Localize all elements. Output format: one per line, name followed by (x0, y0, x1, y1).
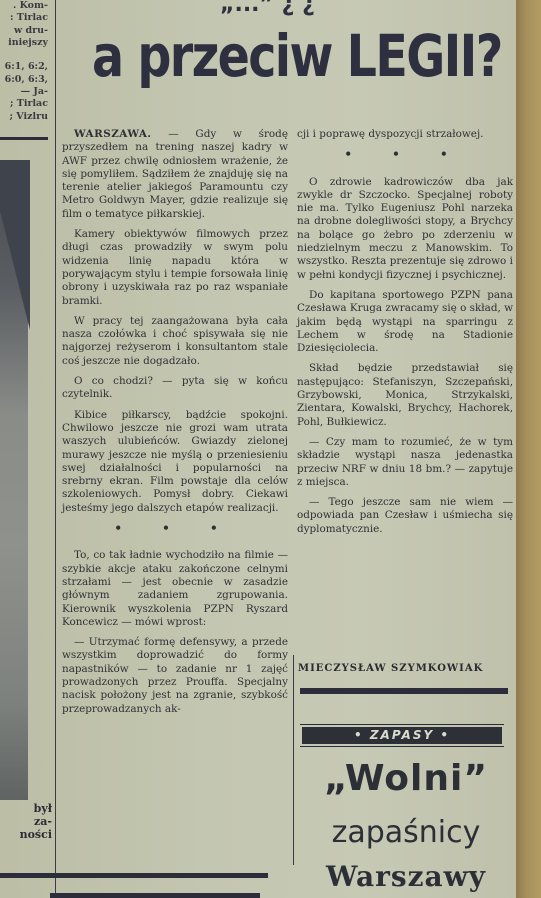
article-paragraph: — Utrzymać formę defensywy, a przede wsz… (62, 636, 288, 716)
bottom-rule-2 (50, 893, 260, 898)
banner-rule-bottom (300, 746, 504, 747)
paragraph-text: — Tego jeszcze sam nie wiem — odpowiada … (297, 496, 513, 535)
newspaper-page: . Kom-: Tirlacw dru-iniejszy 6:1, 6:2,6:… (0, 0, 516, 898)
paragraph-text: — Czy mam to rozumieć, że w tym składzie… (297, 436, 513, 488)
headline: a przeciw LEGII? (92, 24, 436, 88)
section-banner-zapasy: • ZAPASY • (302, 727, 502, 744)
dateline: WARSZAWA. (74, 128, 152, 140)
article-paragraph: Kibice piłkarscy, bądźcie spokojni. Chwi… (62, 409, 288, 515)
column-rule-middle (293, 655, 294, 865)
paragraph-text: — Gdy w środę przyszedłem na trening nas… (62, 128, 288, 220)
banner-rule-top (300, 724, 504, 725)
left-fragment-line: iniejszy (0, 37, 48, 49)
left-fragment-line: . Kom- (0, 0, 48, 12)
left-fragment-line: 6:0, 6:3, (0, 74, 48, 86)
paragraph-text: — Utrzymać formę defensywy, a przede wsz… (62, 636, 288, 714)
article-paragraph: cji i poprawę dyspozycji strzałowej. (297, 128, 513, 141)
article-paragraph: WARSZAWA. — Gdy w środę przyszedłem na t… (62, 128, 288, 221)
paragraph-text: cji i poprawę dyspozycji strzałowej. (297, 128, 483, 140)
left-divider-rule (0, 137, 48, 140)
article-paragraph: To, co tak ładnie wychodziło na filmie —… (62, 549, 288, 629)
article-paragraph: Kamery obiektywów filmowych przez długi … (62, 228, 288, 308)
article-paragraph: W pracy tej zaangażowana była cała nasza… (62, 315, 288, 368)
paragraph-text: Do kapitana sportowego PZPN pana Czesław… (297, 289, 513, 354)
left-fragment-line: ; Tirlac (0, 98, 48, 110)
left-fragment-line: 6:1, 6:2, (0, 61, 48, 73)
paragraph-text: O zdrowie kadrowiczów dba jak zwykle dr … (297, 176, 513, 281)
article-paragraph: Skład będzie przedstawiał się następując… (297, 362, 513, 428)
article-paragraph: — Czy mam to rozumieć, że w tym składzie… (297, 436, 513, 489)
article-paragraph: — Tego jeszcze sam nie wiem — odpowiada … (297, 496, 513, 536)
article-paragraph: Do kapitana sportowego PZPN pana Czesław… (297, 289, 513, 355)
caption-line: był (0, 802, 52, 815)
headline-top-fragment: „...” ¿ ¿ (220, 0, 315, 17)
article-column-2: cji i poprawę dyspozycji strzałowej.• • … (297, 128, 513, 543)
signature-rule (300, 688, 508, 694)
left-fragment-line: ; Vizlru (0, 111, 48, 123)
left-fragment-line (0, 49, 48, 61)
section-separator-dots: • • • (62, 522, 288, 535)
left-results-fragment: . Kom-: Tirlacw dru-iniejszy 6:1, 6:2,6:… (0, 0, 48, 123)
caption-line: za- (0, 815, 52, 828)
left-fragment-line: — Ja- (0, 86, 48, 98)
paragraph-text: W pracy tej zaangażowana była cała nasza… (62, 315, 288, 367)
caption-line: ności (0, 828, 52, 841)
left-fragment-line: : Tirlac (0, 12, 48, 24)
left-fragment-line: w dru- (0, 25, 48, 37)
photo-caption-fragment: byłza-ności (0, 802, 52, 841)
section-separator-dots: • • • (297, 148, 513, 161)
paper-edge (516, 0, 541, 898)
author-signature: MIECZYSŁAW SZYMKOWIAK (298, 663, 483, 674)
wrestling-headline: „Wolni” (296, 758, 516, 799)
paragraph-text: Kamery obiektywów filmowych przez długi … (62, 228, 288, 306)
article-paragraph: O co chodzi? — pyta się w końcu czytelni… (62, 375, 288, 402)
paragraph-text: To, co tak ładnie wychodziło na filmie —… (62, 549, 288, 627)
paragraph-text: Kibice piłkarscy, bądźcie spokojni. Chwi… (62, 409, 288, 514)
article-column-1: WARSZAWA. — Gdy w środę przyszedłem na t… (62, 128, 288, 723)
wrestling-subheadline: zapaśnicy (296, 815, 516, 850)
paragraph-text: Skład będzie przedstawiał się następując… (297, 362, 513, 427)
article-paragraph: O zdrowie kadrowiczów dba jak zwykle dr … (297, 176, 513, 282)
wrestling-city: Warszawy (296, 860, 516, 893)
column-rule-left (55, 0, 56, 898)
bottom-rule (0, 873, 268, 878)
paragraph-text: O co chodzi? — pyta się w końcu czytelni… (62, 375, 288, 400)
